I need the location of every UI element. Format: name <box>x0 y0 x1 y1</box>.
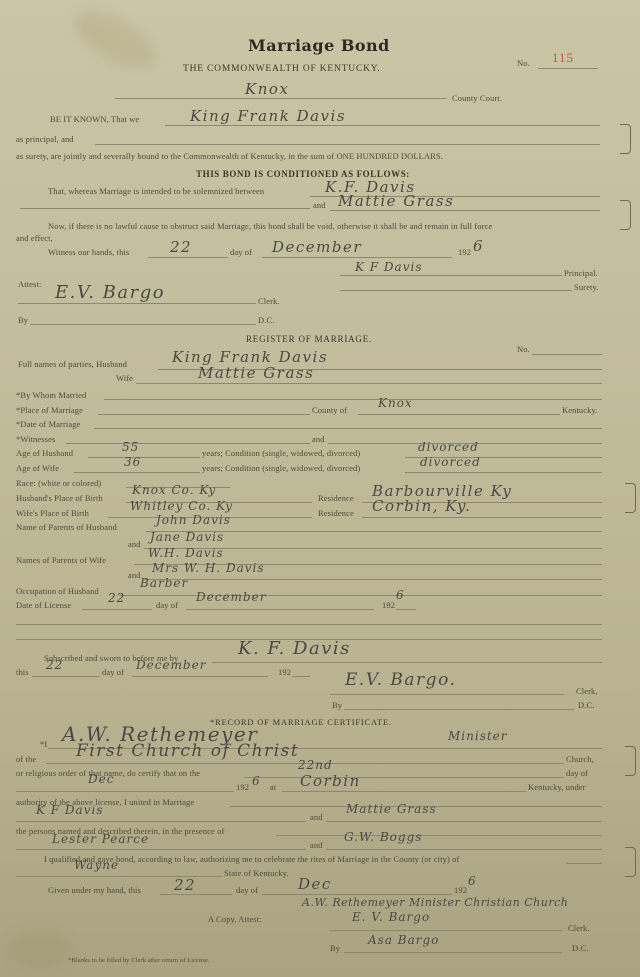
parents-wife-and: and <box>128 570 141 580</box>
license-month: December <box>196 590 266 604</box>
condition-husband: divorced <box>418 440 479 454</box>
wife-name: Mattie Grass <box>198 364 314 382</box>
county-of-value: Knox <box>378 396 413 410</box>
as-principal-label: as principal, and <box>16 134 74 144</box>
date-label: *Date of Marriage <box>16 419 80 429</box>
sworn-year-prefix: 192 <box>278 667 291 677</box>
witnesses-and-label: and <box>312 434 325 444</box>
sworn-month: December <box>136 658 206 672</box>
wife-birth-label: Wife's Place of Birth <box>16 508 89 518</box>
given-year-suffix: 6 <box>468 874 477 888</box>
race-label: Race: (white or colored) <box>16 478 101 488</box>
witness-year-suffix: 6 <box>473 237 484 255</box>
condition-wife: divorced <box>420 455 481 469</box>
cert-day: 22nd <box>298 758 333 772</box>
occupation-label: Occupation of Husband <box>16 586 99 596</box>
day-of-label: day of <box>230 247 252 257</box>
footnote: *Blanks to be filled by Clerk after retu… <box>68 957 210 964</box>
cert-at-label: at <box>270 782 276 792</box>
of-the-label: of the <box>16 754 36 764</box>
document-title: Marriage Bond <box>248 36 390 55</box>
given-day: 22 <box>174 876 196 894</box>
given-label: Given under my hand, this <box>48 885 141 895</box>
and-label: and <box>313 200 326 210</box>
occupation: Barber <box>140 576 188 590</box>
age-wife-label: Age of Wife <box>16 463 59 473</box>
sworn-dc-label: D.C. <box>578 700 594 710</box>
effect-text: and effect, <box>16 233 53 243</box>
minister-signature: A.W. Rethemeyer Minister Christian Churc… <box>302 896 568 909</box>
binder-ring <box>625 746 636 776</box>
groom-name: K F Davis <box>36 803 103 817</box>
witness-day: 22 <box>170 238 192 256</box>
binder-ring <box>625 483 636 513</box>
clerk-label: Clerk. <box>258 296 280 306</box>
full-names-label: Full names of parties, Husband <box>18 359 127 369</box>
lawful-text: Now, if there is no lawful cause to obst… <box>48 221 492 231</box>
county-value: Knox <box>245 80 289 98</box>
copy-attest-label: A Copy, Attest: <box>208 914 262 924</box>
cert-year-suffix: 6 <box>252 774 261 788</box>
condition-husband-label: years; Condition (single, widowed, divor… <box>202 448 360 458</box>
bond-number: 115 <box>552 50 574 66</box>
wife-birth: Whitley Co. Ky <box>130 499 233 513</box>
age-husband: 55 <box>122 440 139 454</box>
parents-husband-and: and <box>128 539 141 549</box>
register-no-label: No. <box>517 344 530 354</box>
binder-ring <box>620 124 631 154</box>
witness-year-prefix: 192 <box>458 247 471 257</box>
principal-label: Principal. <box>564 268 598 278</box>
register-heading: REGISTER OF MARRIAGE. <box>246 334 372 344</box>
church-label: Church, <box>566 754 594 764</box>
church-name: First Church of Christ <box>76 741 299 761</box>
wife-residence-label: Residence <box>318 508 354 518</box>
witnesses-and: and <box>310 840 323 850</box>
cert-year-prefix: 192 <box>236 782 249 792</box>
husband-birth: Knox Co. Ky <box>132 483 216 497</box>
document-subtitle: THE COMMONWEALTH OF KENTUCKY. <box>183 64 380 74</box>
party2-name: Mattie Grass <box>338 192 454 210</box>
license-label: Date of License <box>16 600 71 610</box>
county-court-label: County Court. <box>452 93 502 103</box>
copy-by-label: By <box>330 943 340 953</box>
husband-father: John Davis <box>156 513 231 527</box>
cert-month: Dec <box>88 772 114 786</box>
license-day: 22 <box>108 591 125 605</box>
surety-label: Surety. <box>574 282 598 292</box>
copy-dc-label: D.C. <box>572 943 588 953</box>
by-label: By <box>18 315 28 325</box>
county-of-label: County of <box>312 405 347 415</box>
whereas-label: That, whereas Marriage is intended to be… <box>48 186 264 196</box>
minister-title: Minister <box>448 729 508 743</box>
license-year-prefix: 192 <box>382 600 395 610</box>
principal-name: King Frank Davis <box>190 107 346 125</box>
kentucky-label: Kentucky. <box>562 405 598 415</box>
binder-ring <box>625 847 636 877</box>
witness2-name: G.W. Boggs <box>344 830 422 844</box>
principal-signature: K F Davis <box>355 260 422 274</box>
license-year-suffix: 6 <box>396 588 405 602</box>
wife-father: W.H. Davis <box>148 546 224 560</box>
sworn-by-label: By <box>332 700 342 710</box>
given-day-of: day of <box>236 885 258 895</box>
parents-wife-label: Names of Parents of Wife <box>16 555 106 565</box>
binder-ring <box>620 200 631 230</box>
license-day-of: day of <box>156 600 178 610</box>
sworn-day-of: day of <box>102 667 124 677</box>
dc-label: D.C. <box>258 315 274 325</box>
paper-stain <box>10 930 70 970</box>
age-husband-label: Age of Husband <box>16 448 73 458</box>
wife-residence: Corbin, Ky. <box>372 497 471 515</box>
witnesses-label: *Witnesses <box>16 434 55 444</box>
paper-stain <box>66 0 164 80</box>
sworn-this-label: this <box>16 667 29 677</box>
by-whom-label: *By Whom Married <box>16 390 86 400</box>
sworn-by: K. F. Davis <box>238 638 351 659</box>
residence-label: Residence <box>318 493 354 503</box>
copy-clerk-label: Clerk. <box>568 923 590 933</box>
wife-label: Wife <box>116 373 133 383</box>
be-it-known-label: BE IT KNOWN, That we <box>50 114 139 124</box>
given-year-prefix: 192 <box>454 885 467 895</box>
cert-day-of-label: day of <box>566 768 588 778</box>
witness-month: December <box>272 238 362 256</box>
cert-place: Corbin <box>300 772 361 790</box>
husband-birth-label: Husband's Place of Birth <box>16 493 103 503</box>
kentucky-under-label: Kentucky, under <box>528 782 586 792</box>
husband-mother: Jane Davis <box>150 530 224 544</box>
given-month: Dec <box>298 875 332 893</box>
qualified-county: Wayne <box>74 858 119 872</box>
bride-name: Mattie Grass <box>346 802 437 816</box>
wife-mother: Mrs W. H. Davis <box>152 561 265 575</box>
cert-i-label: *I <box>40 739 47 749</box>
copy-attest-dc: Asa Bargo <box>368 933 439 947</box>
sworn-clerk-label: Clerk, <box>576 686 598 696</box>
sworn-day: 22 <box>46 658 63 672</box>
place-label: *Place of Marriage <box>16 405 83 415</box>
witness-label: Witness our hands, this <box>48 247 129 257</box>
sworn-clerk-signature: E.V. Bargo. <box>345 670 456 690</box>
state-label: State of Kentucky. <box>224 868 289 878</box>
age-wife: 36 <box>124 455 141 469</box>
attest-clerk-signature: E.V. Bargo <box>55 282 165 303</box>
groom-bride-and: and <box>310 812 323 822</box>
bond-number-label: No. <box>517 58 530 68</box>
witness1-name: Lester Pearce <box>52 832 149 846</box>
surety-text: as surety, are jointly and severally bou… <box>16 151 443 161</box>
condition-wife-label: years; Condition (single, widowed, divor… <box>202 463 360 473</box>
attest-label: Attest: <box>18 279 41 289</box>
parents-husband-label: Name of Parents of Husband <box>16 522 117 532</box>
copy-attest-clerk: E. V. Bargo <box>352 910 430 924</box>
